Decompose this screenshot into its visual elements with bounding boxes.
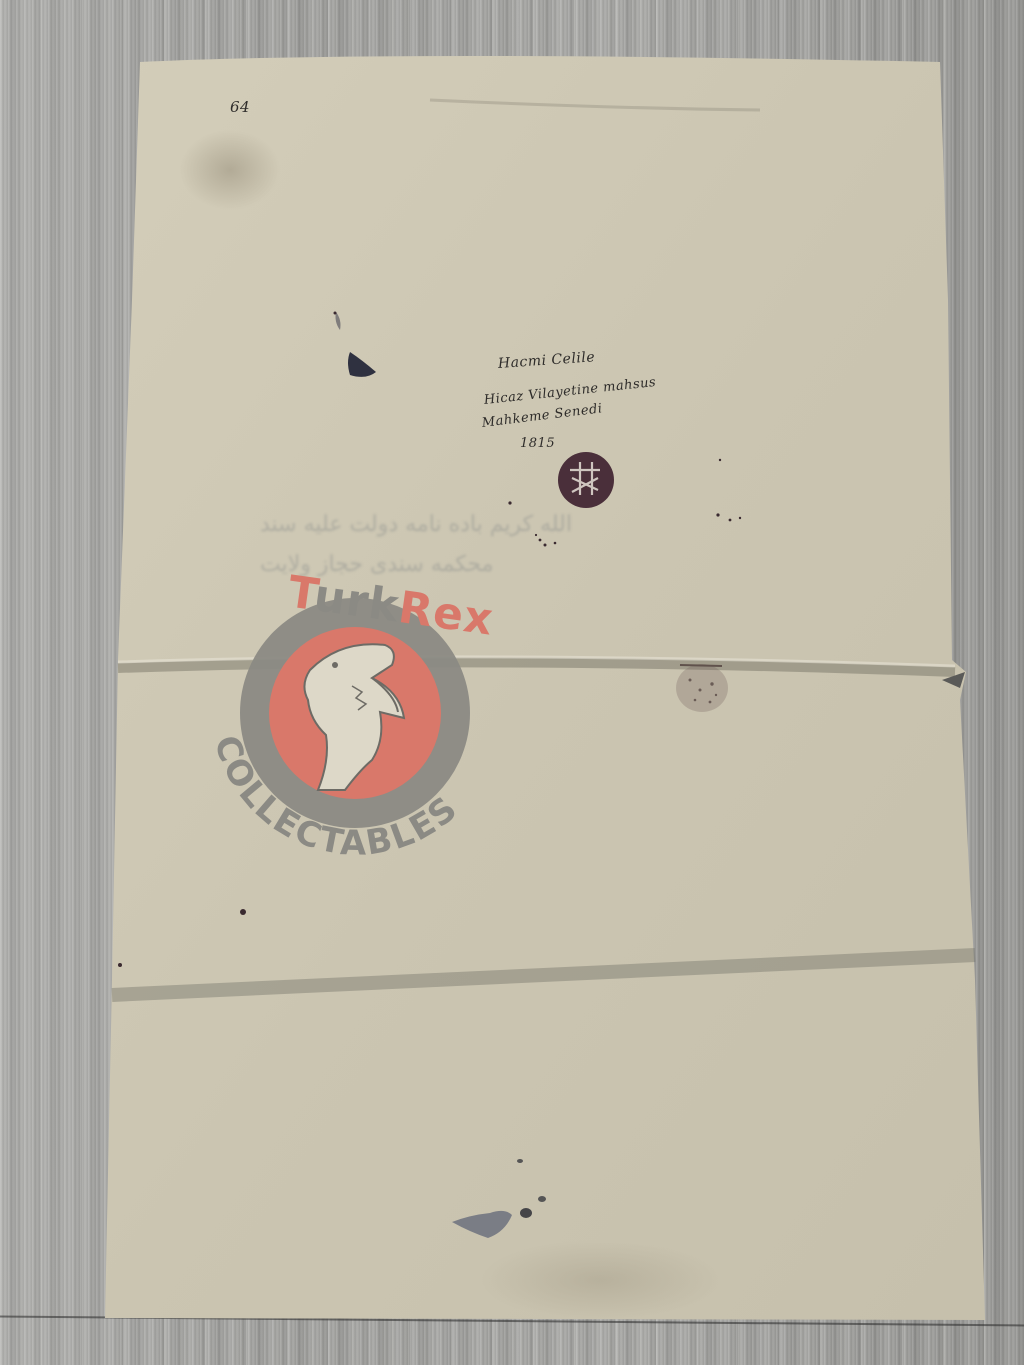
faded-stamp [676, 664, 728, 712]
watermark-emblem [255, 613, 455, 813]
page-number: 64 [230, 98, 250, 116]
faded-script-line: ﺍﻟﻠﻪ ﻛﺮﻳﻢ ﺑﺎﺩﻩ ﻧﺎﻣﻪ ﺩﻭﻟﺖ ﻋﻠﻴﻪ ﺳﻨﺪ [260, 512, 572, 537]
document-photo: 64 Hacmi Celile Hicaz Vilayetine mahsus … [0, 0, 1024, 1365]
annotation-line-4: 1815 [520, 436, 555, 451]
ottoman-seal [558, 452, 614, 508]
document-sheet [0, 0, 1024, 1365]
